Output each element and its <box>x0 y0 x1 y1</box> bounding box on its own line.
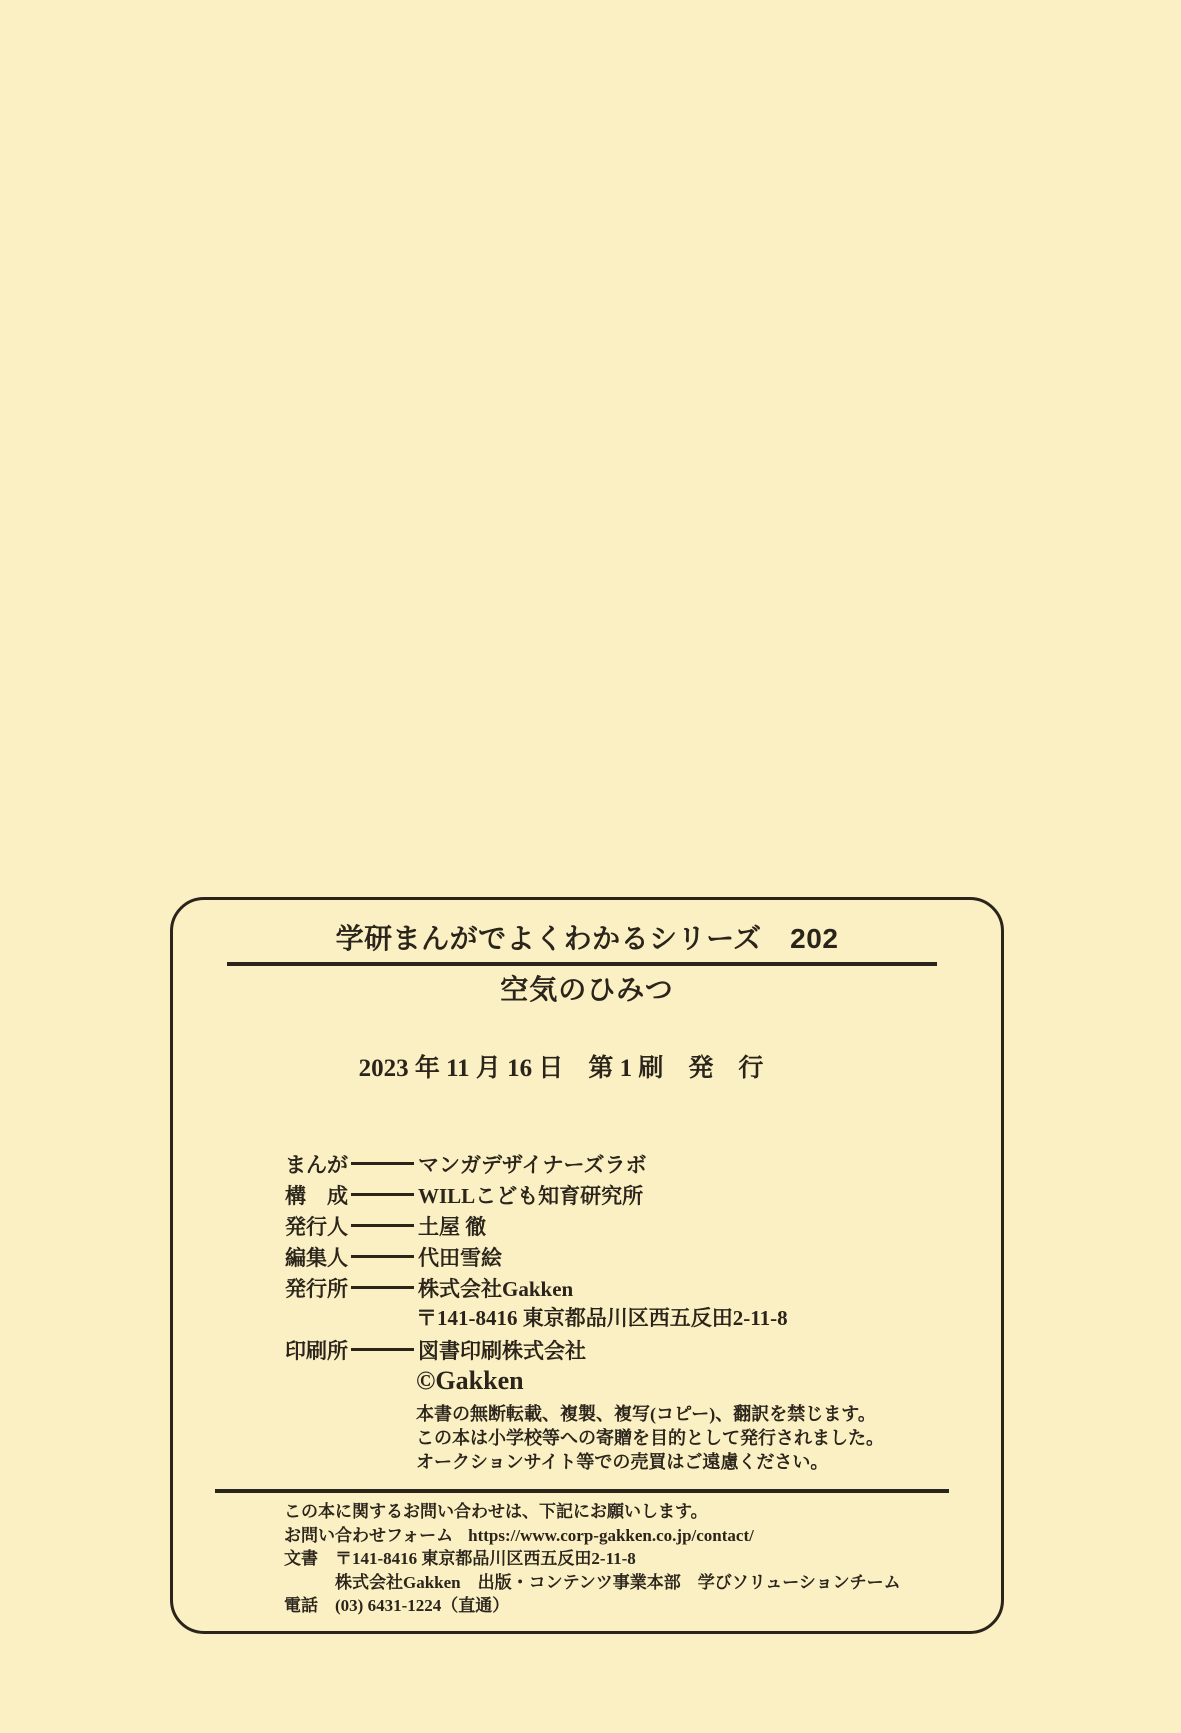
notice-line: 本書の無断転載、複製、複写(コピー)、翻訳を禁じます。 <box>416 1402 884 1426</box>
credit-value: 図書印刷株式会社 <box>418 1335 586 1365</box>
contact-form-url: https://www.corp-gakken.co.jp/contact/ <box>468 1526 754 1545</box>
colophon-page: 学研まんがでよくわかるシリーズ 202 空気のひみつ 2023 年 11 月 1… <box>0 0 1181 1733</box>
credit-row-hakkousho: 発行所 株式会社Gakken <box>285 1272 971 1303</box>
credit-value: WILLこども知育研究所 <box>418 1180 643 1210</box>
credit-row-hakkounin: 発行人 土屋 徹 <box>285 1210 971 1241</box>
book-title: 空気のひみつ <box>173 973 1001 1007</box>
colophon-box: 学研まんがでよくわかるシリーズ 202 空気のひみつ 2023 年 11 月 1… <box>170 897 1004 1634</box>
leader-dash <box>351 1286 414 1290</box>
contact-tel-line: 電話(03) 6431-1224（直通） <box>284 1594 981 1618</box>
credit-label: 編集人 <box>285 1242 351 1272</box>
credit-row-henshuunin: 編集人 代田雪絵 <box>285 1241 971 1272</box>
credit-row-kousei: 構 成 WILLこども知育研究所 <box>285 1179 971 1210</box>
credit-label: 発行所 <box>285 1273 351 1303</box>
contact-tel-label: 電話 <box>284 1594 335 1618</box>
copyright-line: ©Gakken <box>416 1365 524 1397</box>
credit-value: 土屋 徹 <box>418 1211 486 1241</box>
edition-date-line: 2023 年 11 月 16 日 第 1 刷 発 行 <box>147 1052 975 1086</box>
credit-row-insatsusho: 印刷所 図書印刷株式会社 <box>285 1334 971 1365</box>
notice-line: オークションサイト等での売買はご遠慮ください。 <box>416 1450 884 1474</box>
credit-value: 株式会社Gakken <box>418 1273 573 1303</box>
contact-block: この本に関するお問い合わせは、下記にお願いします。 お問い合わせフォームhttp… <box>284 1500 981 1618</box>
credit-label: 構 成 <box>285 1180 351 1210</box>
credit-label: 発行人 <box>285 1211 351 1241</box>
credit-label: まんが <box>285 1149 351 1179</box>
contact-divider <box>215 1489 949 1493</box>
leader-dash <box>351 1255 414 1259</box>
leader-dash <box>351 1348 414 1352</box>
credit-label: 印刷所 <box>285 1335 351 1365</box>
leader-dash <box>351 1162 414 1166</box>
credit-value: 代田雪絵 <box>418 1242 502 1272</box>
credit-value: マンガデザイナーズラボ <box>418 1149 646 1179</box>
notices-block: 本書の無断転載、複製、複写(コピー)、翻訳を禁じます。 この本は小学校等への寄贈… <box>416 1402 884 1475</box>
publisher-address: 〒141-8416 東京都品川区西五反田2-11-8 <box>285 1303 971 1334</box>
series-title: 学研まんがでよくわかるシリーズ 202 <box>173 922 1001 956</box>
leader-dash <box>351 1193 414 1197</box>
contact-post-address: 〒141-8416 東京都品川区西五反田2-11-8 <box>335 1549 636 1568</box>
contact-form-label: お問い合わせフォーム <box>284 1526 453 1545</box>
leader-dash <box>351 1224 414 1228</box>
credits-list: まんが マンガデザイナーズラボ 構 成 WILLこども知育研究所 発行人 土屋 … <box>285 1148 971 1365</box>
contact-intro: この本に関するお問い合わせは、下記にお願いします。 <box>284 1500 981 1524</box>
title-divider <box>227 962 937 966</box>
contact-post-label: 文書 <box>284 1547 335 1571</box>
credit-row-manga: まんが マンガデザイナーズラボ <box>285 1148 971 1179</box>
notice-line: この本は小学校等への寄贈を目的として発行されました。 <box>416 1426 884 1450</box>
contact-form-line: お問い合わせフォームhttps://www.corp-gakken.co.jp/… <box>284 1524 981 1548</box>
contact-post-org: 株式会社Gakken 出版・コンテンツ事業本部 学びソリューションチーム <box>284 1571 981 1595</box>
contact-tel-number: (03) 6431-1224（直通） <box>335 1596 509 1615</box>
contact-post-line: 文書〒141-8416 東京都品川区西五反田2-11-8 <box>284 1547 981 1571</box>
